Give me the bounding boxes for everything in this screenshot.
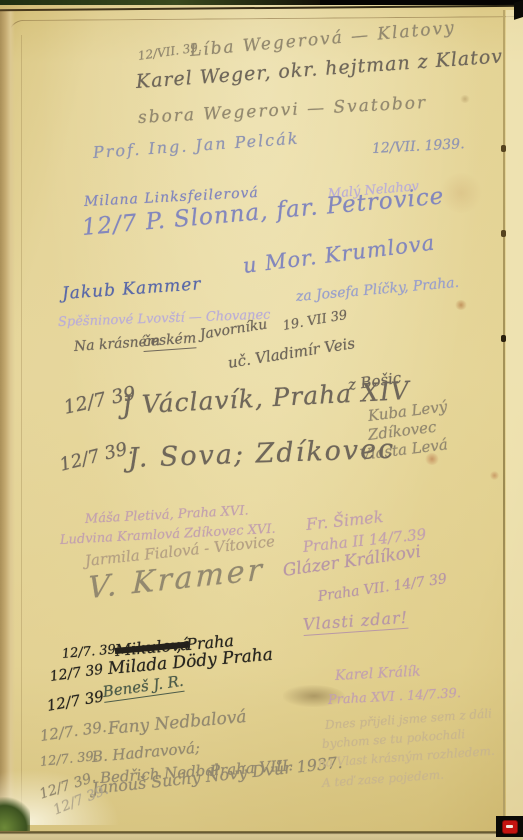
signature-line: Prof. Ing. Jan Pelcák [92, 129, 300, 162]
red-marker-icon [502, 820, 518, 834]
date-entry: 12/VII. 1939. [372, 136, 465, 157]
signature-line: Jakub Kammer [61, 274, 202, 304]
date-entry: 12/7 39. [57, 437, 135, 475]
signature-line: Praha VII. 14/7 39 [317, 571, 448, 605]
binding-crease [503, 10, 505, 822]
signature-line: sbora Wegerovi — Svatobor [137, 93, 427, 128]
signature-line: uč. Vladimír Veis [227, 334, 357, 372]
date-entry: 12/7 39 [45, 687, 105, 715]
binding-stitch [501, 145, 506, 152]
underlying-page-line [21, 35, 22, 817]
page-surface: 12/VII. 39. Líba Wegerová — Klatovy Kare… [0, 5, 523, 831]
binding-stitch [501, 335, 506, 342]
stain [460, 95, 470, 103]
signature-line: B. Hadravová; [91, 739, 200, 766]
scanned-photo: 12/VII. 39. Líba Wegerová — Klatovy Kare… [0, 0, 523, 840]
stain [455, 300, 467, 310]
motto-line: Vlasti zdar! [302, 608, 409, 636]
signature-line: J. Sova; Zdíkovec [127, 434, 395, 474]
signature-line: Karel Králík [335, 664, 421, 684]
date-entry: 12/7. 39. [39, 718, 108, 745]
page-right-edge [506, 10, 523, 822]
binding-stitch [501, 230, 506, 237]
stain [490, 471, 499, 480]
signature-line: Praha XVI . 14/7.39. [328, 686, 462, 708]
date-entry: 12/7. 39. [39, 749, 98, 770]
bottom-left-foliage [0, 797, 30, 831]
signature-line: u Mor. Krumlova [242, 231, 437, 278]
date-entry: 12/7 39 [49, 662, 104, 685]
note-line: českém [142, 330, 196, 352]
scan-corner-artifact [496, 816, 523, 837]
date-entry: 19. VII 39 [282, 308, 349, 334]
underlying-page-strip [0, 831, 523, 840]
signature-line: Fany Nedbalová [107, 707, 247, 739]
top-right-shadow [514, 0, 523, 20]
signature-line: za Josefa Plíčky, Praha. [295, 275, 459, 305]
poem-line: Dnes přijeli jsme sem z dáli [325, 706, 493, 732]
red-marker-dash [506, 825, 513, 828]
page-left-edge [0, 10, 15, 822]
